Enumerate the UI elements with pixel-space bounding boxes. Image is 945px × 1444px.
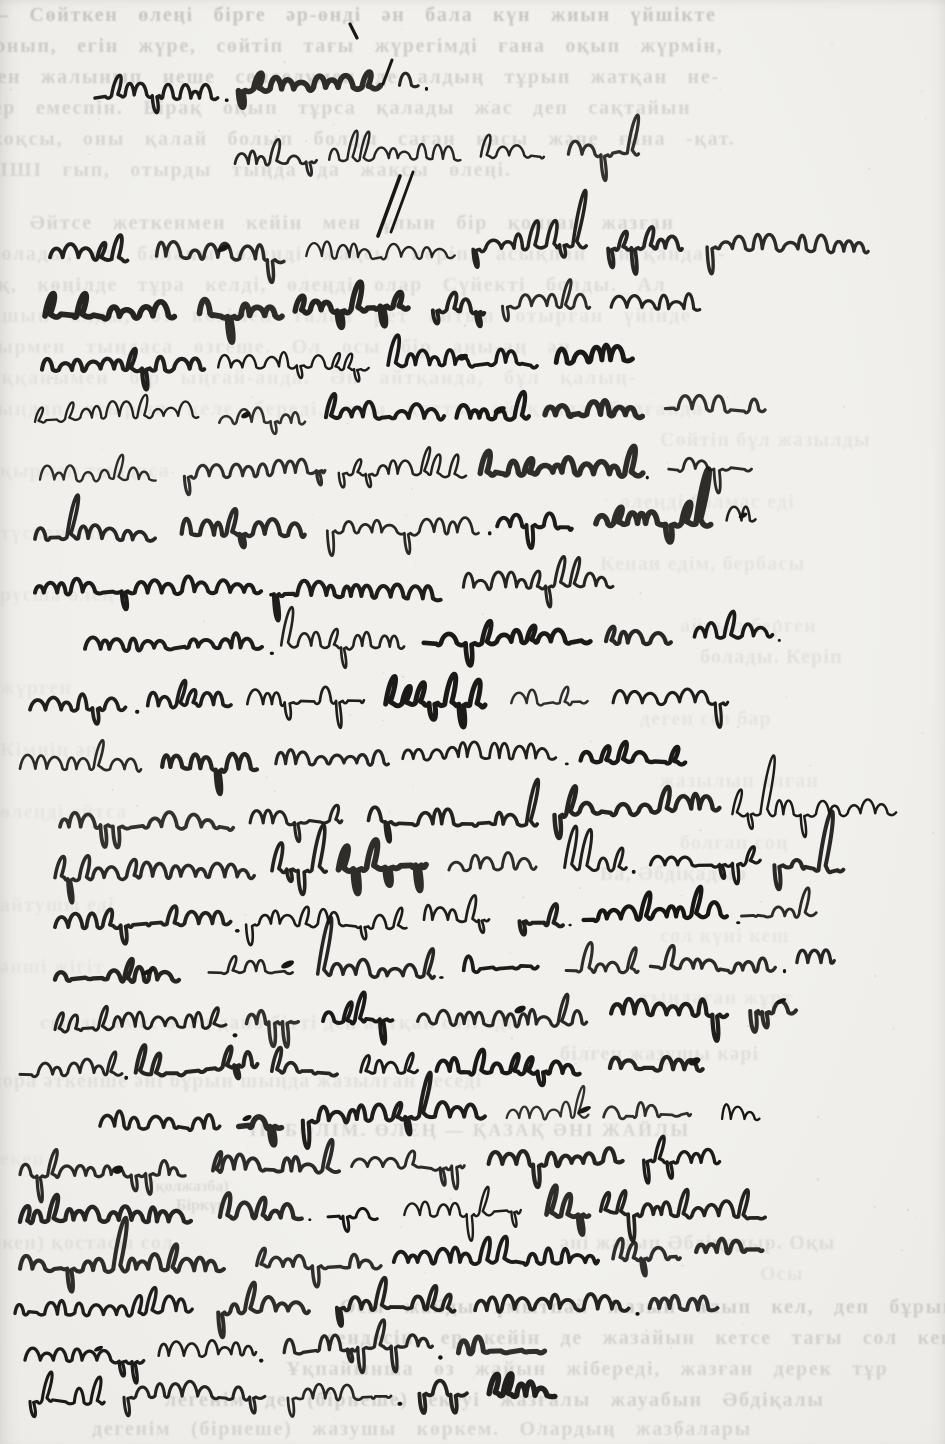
bleedthrough-line: жазылып алған: [660, 770, 819, 793]
bleedthrough-line: легенім де (бірнеше) екеуі жазғалы жауаб…: [165, 1389, 825, 1412]
bleedthrough-line: қонып, егін жүре, сөйтіп тағы жүрегімді …: [0, 35, 723, 58]
bleedthrough-line: ұққанымен бір ыңғай-анда. Ән айтқанда, б…: [0, 367, 637, 390]
bleedthrough-line: Кімнің әні: [0, 739, 105, 762]
bleedthrough-line: түскен әні: [0, 522, 103, 545]
bleedthrough-line: сынды емес өлең дана бітті деп айтқан сө…: [40, 1012, 513, 1035]
bleedthrough-line: болған соң: [680, 832, 789, 855]
bleedthrough-line: айтушы еді: [0, 894, 115, 917]
bleedthrough-subheading: Біркүні: [176, 1197, 231, 1215]
bleedthrough-line: сендесін, ер кейін де жазайын кетсе тағы…: [326, 1327, 945, 1350]
bleedthrough-line: әні жазып Әбдіқадыр. Оқы: [560, 1232, 835, 1255]
bleedthrough-line: екен: [0, 1148, 45, 1171]
bleedthrough-line: дегенім (бірнеше) жазушы көркем. Олардың…: [92, 1418, 752, 1441]
bleedthrough-line: болады, ол баланы өлеңді жақсы көріп, ас…: [0, 243, 726, 266]
bleedthrough-line: кер емеспін. Бірақ оқып тұрса қалады жас…: [0, 97, 691, 120]
bleedthrough-line: жоқсы, оны қалай болып болды саған қасы …: [0, 128, 735, 151]
bleedthrough-line: деген сөз бар: [640, 708, 772, 731]
bleedthrough-line: өлеңді болмас еді: [620, 491, 795, 514]
bleedthrough-line: тыңдаған жұрт: [640, 987, 793, 1010]
bleedthrough-line: пора әткенше әні бұрын шыңда жазылған де…: [0, 1070, 482, 1093]
bleedthrough-line: КІШІ ғып, отырды тыңда да жақсы өлеңі.: [0, 159, 512, 182]
manuscript-page: ІІІ БӨЛІМ. ӨЛЕҢ — ҚАЗАҚ ӘНІ ЖАЙЛЫ (қолжа…: [0, 0, 945, 1444]
bleedthrough-line: Сөйтіп бұл жазылды: [660, 429, 871, 452]
bleedthrough-heading: ІІІ БӨЛІМ. ӨЛЕҢ — ҚАЗАҚ ӘНІ ЖАЙЛЫ: [120, 1120, 820, 1141]
bleedthrough-line: Осы жайды ұмытпай жазып алып кел, деп бұ…: [340, 1296, 945, 1319]
bleedthrough-line: ашып алды, өз көзімен талай рет айтып от…: [0, 305, 692, 328]
bleedthrough-line: айтып берген: [680, 615, 817, 638]
bleedthrough-line: екен) қостасы сол: [0, 1232, 174, 1255]
bleedthrough-line: болады. Керіп: [700, 646, 843, 669]
bleedthrough-line: өлеңді айтса: [0, 801, 127, 824]
bleedthrough-line: білген жазушы кәрі: [560, 1043, 759, 1066]
bleedthrough-line: тыңдап отырып келе береді, оны қатты айт…: [0, 398, 704, 421]
bleedthrough-line: — Сөйткен өлеңі бірге әр-өнді ән бала кү…: [0, 4, 717, 27]
bleedthrough-line: бен жалынып неше сенделумен де алдың тұр…: [0, 66, 720, 89]
bleedthrough-line: жүрген: [0, 677, 72, 700]
bleedthrough-line: қырмен тыңдаса өзгеше. Ол осы бір аңы-аң…: [0, 336, 571, 359]
bleedthrough-layer: ІІІ БӨЛІМ. ӨЛЕҢ — ҚАЗАҚ ӘНІ ЖАЙЛЫ (қолжа…: [0, 0, 945, 1444]
bleedthrough-line: русша өлең: [0, 584, 115, 607]
bleedthrough-line: Ұқпайынша өз жайын жібереді, жазған дере…: [286, 1358, 888, 1381]
bleedthrough-line: әнші жігіт: [0, 956, 104, 979]
bleedthrough-line: Осы: [760, 1263, 804, 1286]
bleedthrough-line: ақ, көңілде тұра келді, өлеңді олар Сүйе…: [0, 274, 666, 297]
bleedthrough-line: Ба, Әбдіқадыр: [600, 863, 747, 886]
bleedthrough-line: Әйтсе жеткенмен кейін мен ұлын бір қонға…: [30, 212, 675, 235]
bleedthrough-line: қырмен тыңдаса: [0, 460, 170, 483]
bleedthrough-line: сол күні кеш: [660, 925, 790, 948]
bleedthrough-line: Кенап едім, бербасы: [600, 553, 805, 576]
bleedthrough-subheading: (қолжазба): [150, 1178, 229, 1196]
